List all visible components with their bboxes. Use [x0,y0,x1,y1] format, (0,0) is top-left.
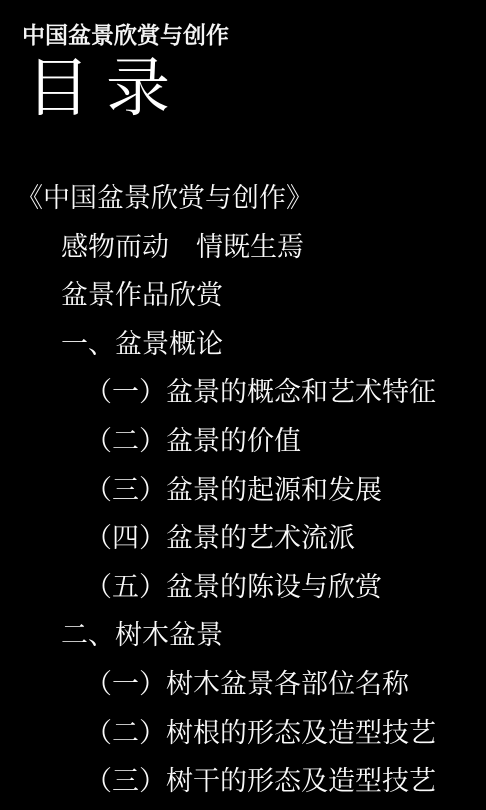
toc-entry: 盆景作品欣赏 [0,271,486,320]
toc-entry: 《中国盆景欣赏与创作》 [0,174,486,223]
toc-entry: 一、盆景概论 [0,320,486,369]
toc-entry: （五）盆景的陈设与欣赏 [0,563,486,612]
toc-entry: 感物而动 情既生焉 [0,223,486,272]
toc-entry: （三）盆景的起源和发展 [0,466,486,515]
toc-page: 中国盆景欣赏与创作 目 录 《中国盆景欣赏与创作》 感物而动 情既生焉 盆景作品… [0,0,486,810]
toc-entry: （二）树根的形态及造型技艺 [0,709,486,758]
book-title-header: 中国盆景欣赏与创作 [22,22,229,48]
page-title: 目 录 [26,54,170,124]
toc-entry: （一）树木盆景各部位名称 [0,660,486,709]
toc-entry: （一）盆景的概念和艺术特征 [0,368,486,417]
toc-entry: （二）盆景的价值 [0,417,486,466]
toc-entry: 二、树木盆景 [0,611,486,660]
toc-entry: （四）盆景的艺术流派 [0,514,486,563]
toc-entry: （三）树干的形态及造型技艺 [0,757,486,806]
toc-list: 《中国盆景欣赏与创作》 感物而动 情既生焉 盆景作品欣赏 一、盆景概论 （一）盆… [0,174,486,806]
